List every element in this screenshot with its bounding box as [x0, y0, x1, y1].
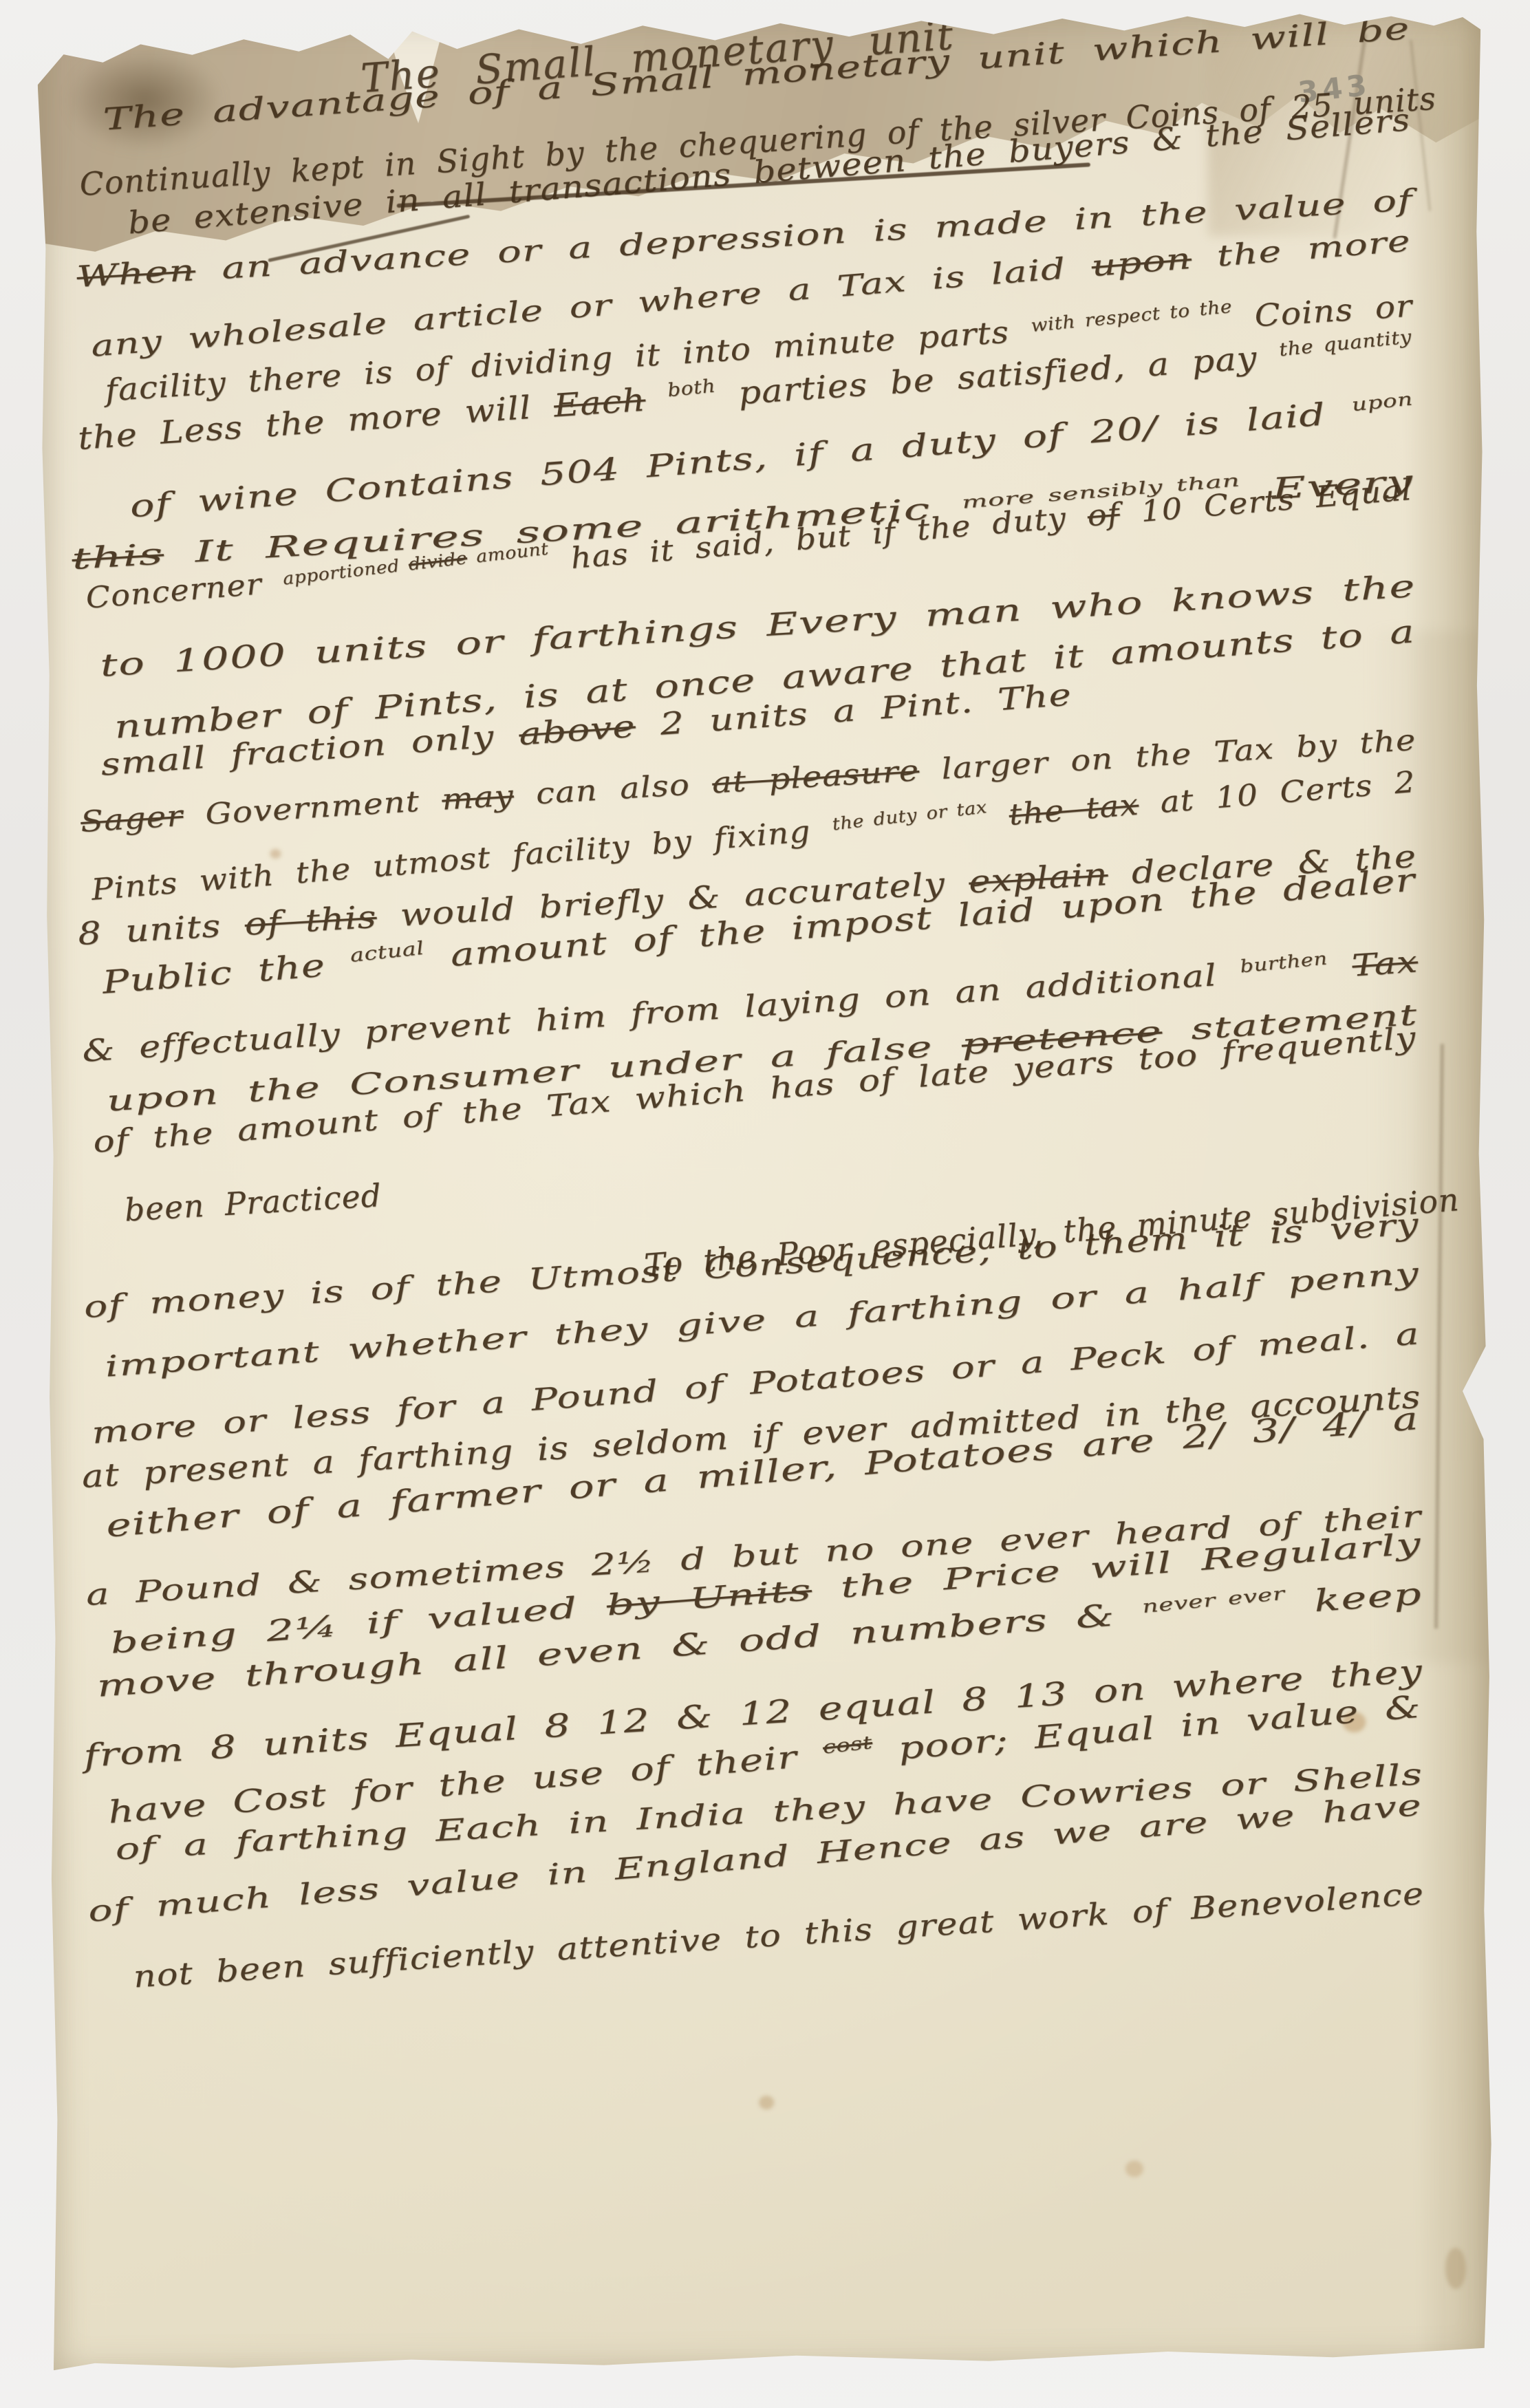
- manuscript-page: The Small monetary unit 343 The advantag…: [37, 12, 1497, 2375]
- manuscript-line: been Practiced: [124, 1177, 383, 1229]
- manuscript-lines: The advantage of a Small monetary unit w…: [37, 12, 1497, 2375]
- scanned-document-photo: The Small monetary unit 343 The advantag…: [0, 0, 1530, 2408]
